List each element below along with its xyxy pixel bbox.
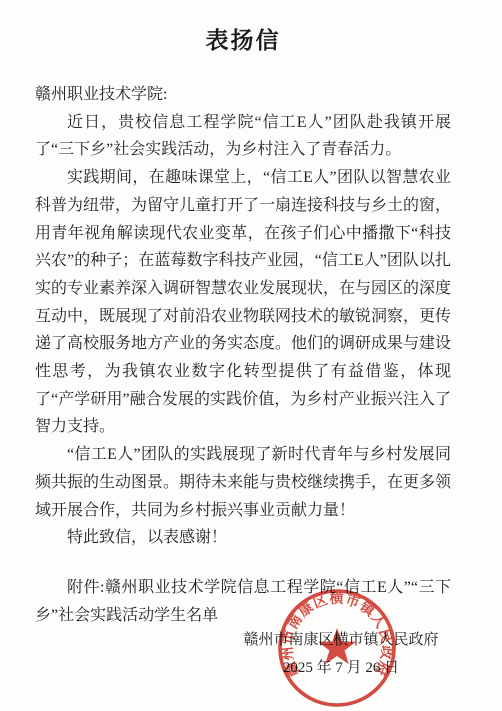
paragraph-intro: 近日，贵校信息工程学院“信工E人”团队赴我镇开展了“三下乡”社会实践活动，为乡村… [35,109,451,164]
signature-block: 赣州市南康区横市镇人民政府 2025 年 7 月 26 日 [241,627,441,682]
letter-title: 表扬信 [35,22,451,55]
signature-name: 赣州市南康区横市镇人民政府 [241,627,441,655]
paragraph-activities: 实践期间，在趣味课堂上，“信工E人”团队以智慧农业科普为纽带，为留守儿童打开了一… [35,164,451,441]
paragraph-outlook: “信工E人”团队的实践展现了新时代青年与乡村发展同频共振的生动图景。期待未来能与… [35,441,451,524]
attachment-note: 附件:赣州职业技术学院信息工程学院“信工E人”“三下乡”社会实践活动学生名单 [35,574,451,629]
letter-page: 表扬信 赣州职业技术学院: 近日，贵校信息工程学院“信工E人”团队赴我镇开展了“… [0,0,502,711]
signature-date: 2025 年 7 月 26 日 [241,655,441,683]
salutation: 赣州职业技术学院: [35,81,451,109]
letter-body: 赣州职业技术学院: 近日，贵校信息工程学院“信工E人”团队赴我镇开展了“三下乡”… [35,81,451,629]
paragraph-closing: 特此致信，以表感谢！ [35,524,451,552]
